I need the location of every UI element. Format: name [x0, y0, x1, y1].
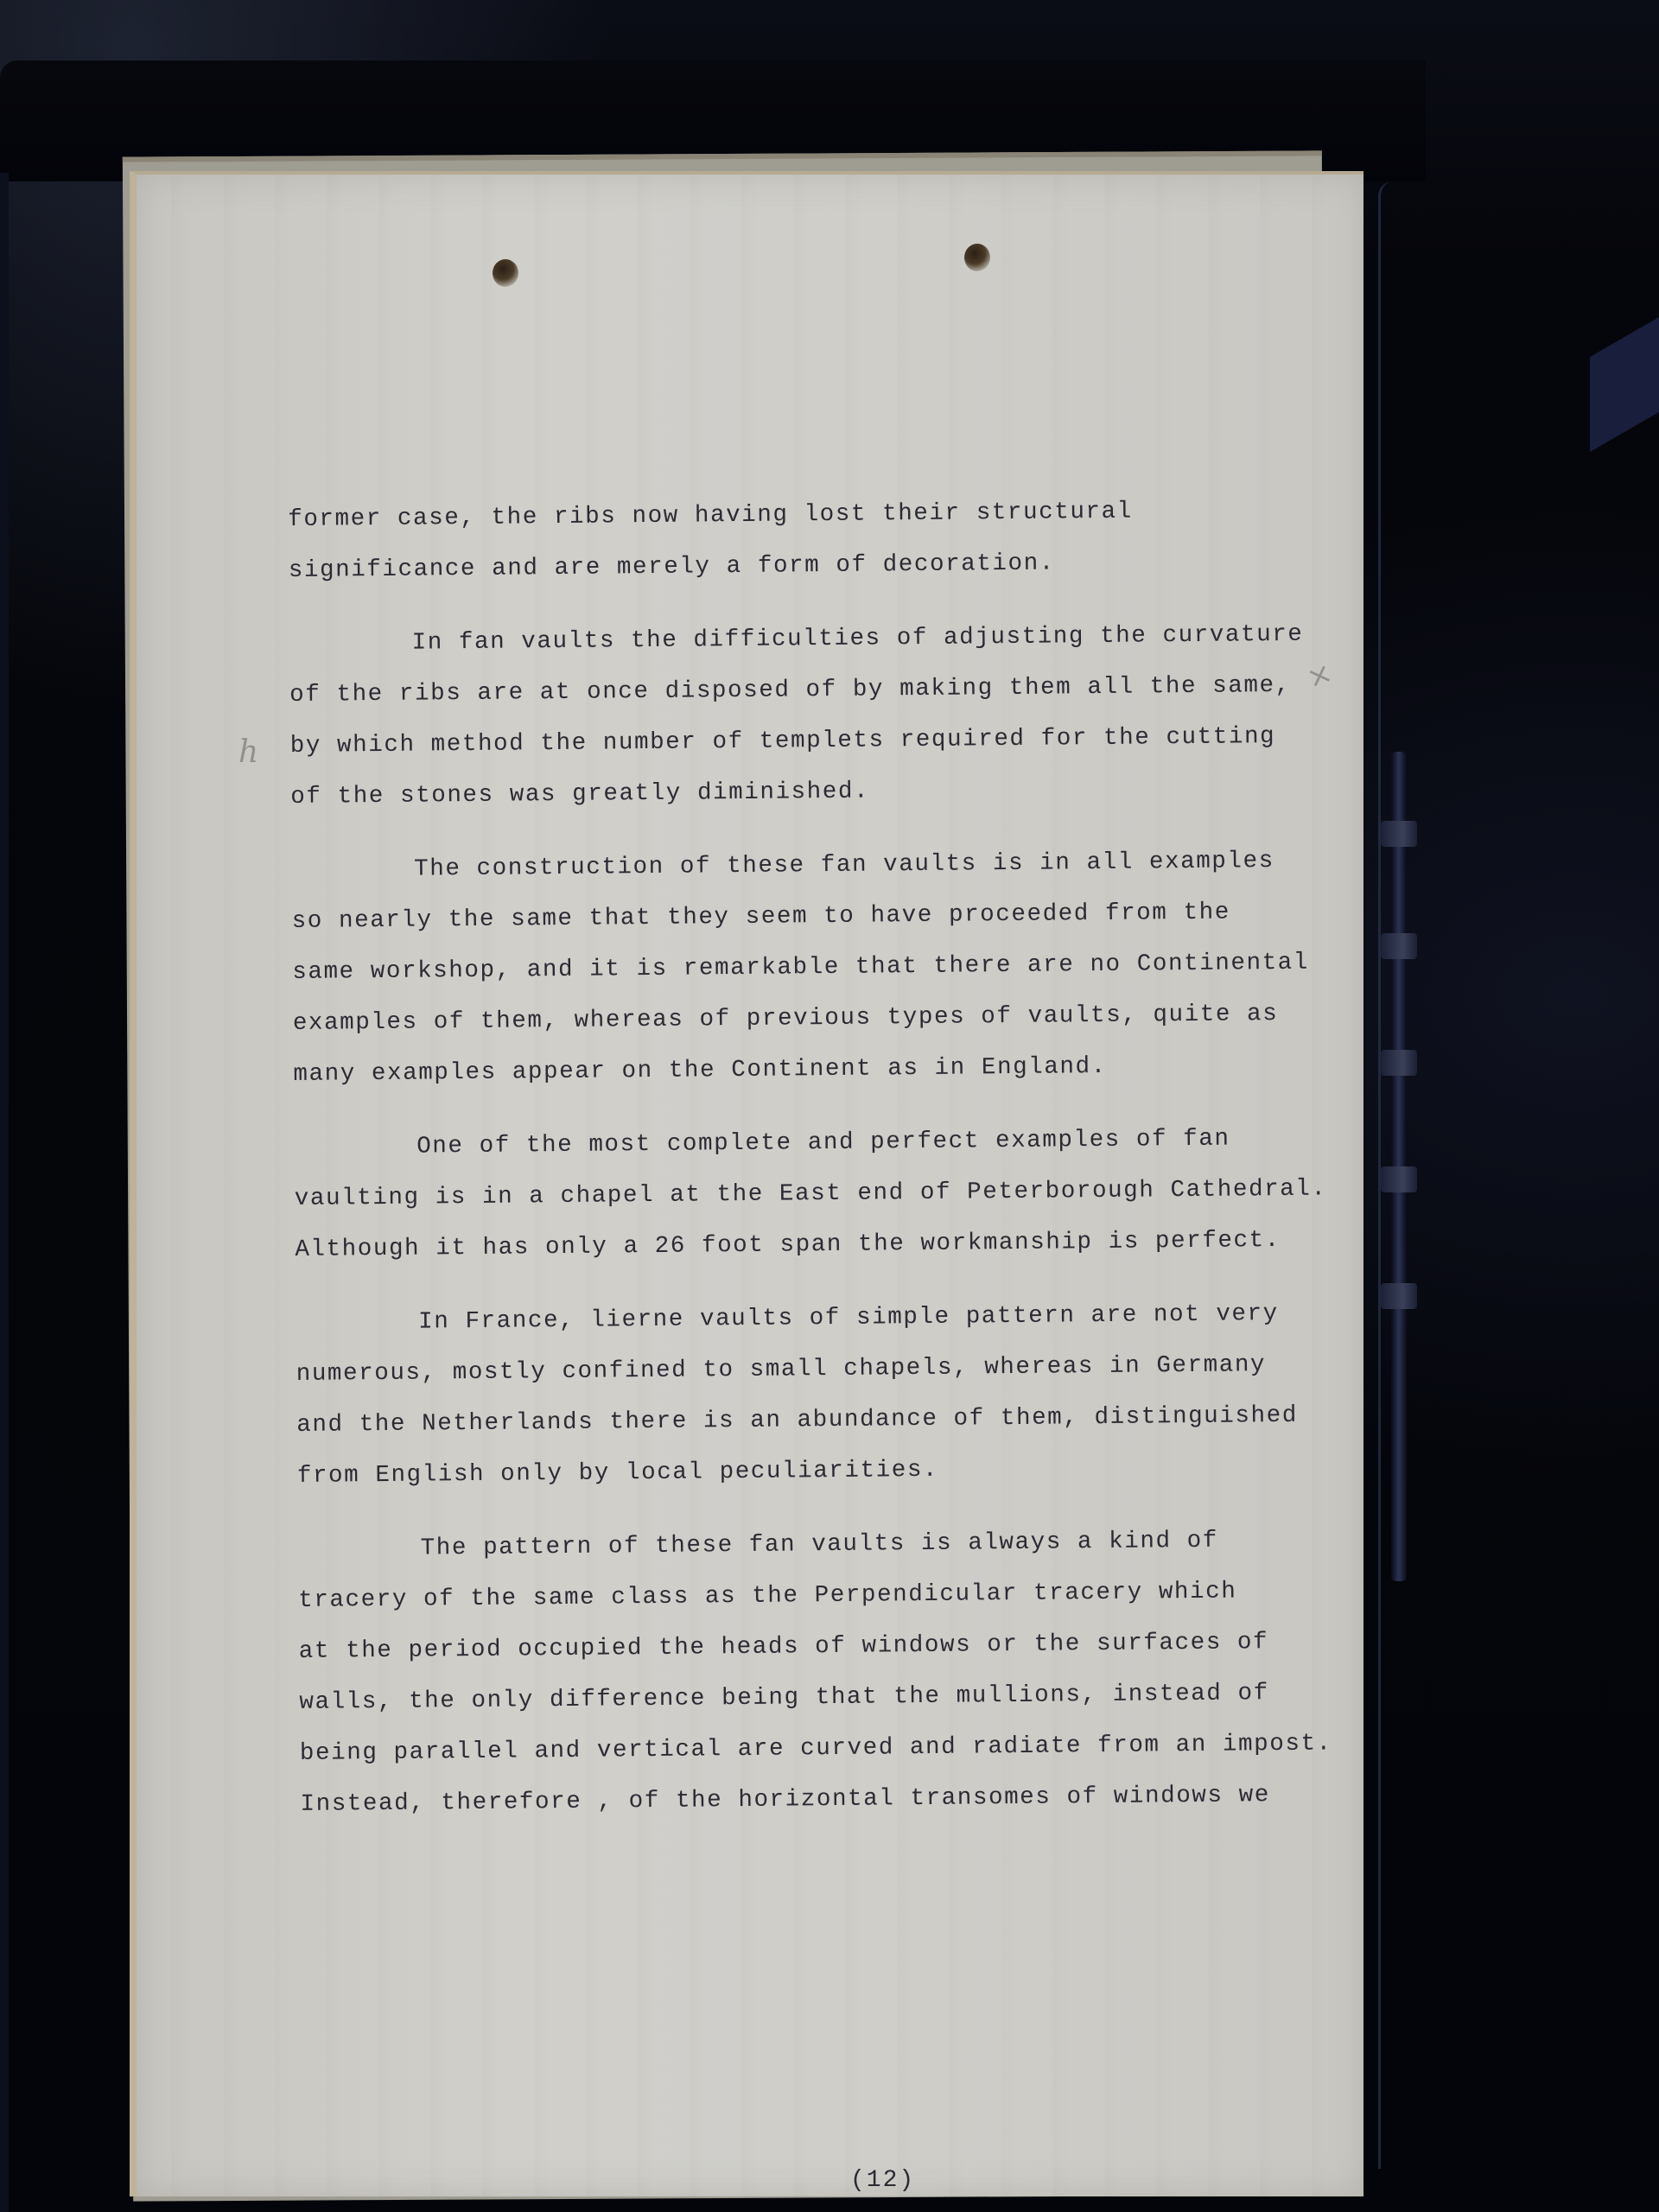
text-line: Instead, therefore , of the horizontal t…	[300, 1769, 1381, 1830]
binder-ring	[1381, 1166, 1417, 1192]
binder-ring	[1381, 1283, 1417, 1309]
binder-spine	[1381, 752, 1415, 1581]
paragraph: In fan vaults the difficulties of adjust…	[289, 608, 1370, 823]
punch-hole-icon	[964, 244, 990, 271]
paragraph: The pattern of these fan vaults is alway…	[297, 1514, 1380, 1830]
binder-ring	[1381, 821, 1417, 847]
text-line: of the stones was greatly diminished.	[290, 761, 1371, 823]
binder-ring	[1381, 933, 1417, 959]
binder-ring	[1381, 1050, 1417, 1076]
page-number: (12)	[850, 2167, 915, 2194]
text-line: Although it has only a 26 foot span the …	[295, 1214, 1376, 1275]
text-line: examples of them, whereas of previous ty…	[293, 988, 1374, 1049]
text-line: by which method the number of templets r…	[290, 710, 1371, 772]
tray-left-edge	[0, 173, 9, 2212]
text-line: significance and are merely a form of de…	[289, 535, 1370, 596]
text-line: many examples appear on the Continent as…	[293, 1039, 1374, 1100]
paragraph: The construction of these fan vaults is …	[291, 835, 1374, 1100]
document-body: former case, the ribs now having lost th…	[288, 484, 1381, 1853]
paragraph: In France, lierne vaults of simple patte…	[296, 1287, 1377, 1502]
paragraph: former case, the ribs now having lost th…	[288, 484, 1369, 596]
document-page: h × former case, the ribs now having los…	[130, 171, 1363, 2196]
pencil-margin-mark: h	[238, 734, 258, 770]
text-line: from English only by local peculiarities…	[297, 1440, 1378, 1502]
paragraph: One of the most complete and perfect exa…	[294, 1112, 1376, 1275]
punch-hole-icon	[493, 259, 518, 287]
text-line: and the Netherlands there is an abundanc…	[296, 1389, 1377, 1451]
